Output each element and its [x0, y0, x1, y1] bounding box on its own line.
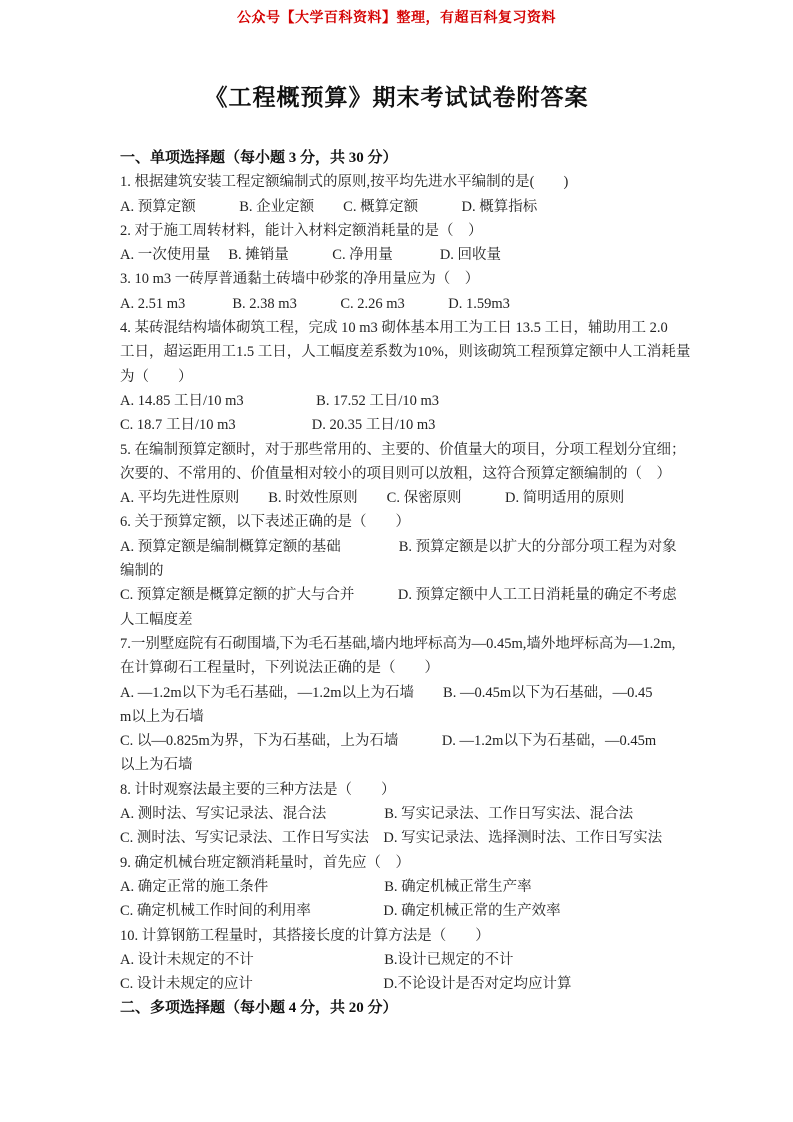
- q8-stem-line: 8. 计时观察法最主要的三种方法是（ ）: [120, 778, 720, 802]
- promo-header: 公众号【大学百科资料】整理，有超百科复习资料: [0, 7, 793, 27]
- q7-option-d-continuation: 以上为石墙: [120, 753, 720, 777]
- q6-options-line-cd: C. 预算定额是概算定额的扩大与合并 D. 预算定额中人工工日消耗量的确定不考虑: [120, 583, 720, 607]
- q4-stem-line-3: 为（ ）: [120, 365, 720, 389]
- q5-stem-line-2: 次要的、不常用的、价值量相对较小的项目则可以放粗，这符合预算定额编制的（ ）: [120, 462, 720, 486]
- exam-document-page: 公众号【大学百科资料】整理，有超百科复习资料 《工程概预算》期末考试试卷附答案 …: [0, 0, 793, 1122]
- q9-options-line-ab: A. 确定正常的施工条件 B. 确定机械正常生产率: [120, 875, 720, 899]
- q2-options-line: A. 一次使用量 B. 摊销量 C. 净用量 D. 回收量: [120, 243, 720, 267]
- section-one-heading: 一、单项选择题（每小题 3 分，共 30 分）: [120, 146, 720, 170]
- exam-body: 一、单项选择题（每小题 3 分，共 30 分） 1. 根据建筑安装工程定额编制式…: [120, 146, 720, 1021]
- q7-options-line-ab: A. —1.2m以下为毛石基础，—1.2m以上为石墙 B. —0.45m以下为石…: [120, 681, 720, 705]
- q1-stem-line: 1. 根据建筑安装工程定额编制式的原则,按平均先进水平编制的是( ): [120, 170, 720, 194]
- q6-option-d-continuation: 人工幅度差: [120, 608, 720, 632]
- q3-options-line: A. 2.51 m3 B. 2.38 m3 C. 2.26 m3 D. 1.59…: [120, 292, 720, 316]
- q7-stem-line-2: 在计算砌石工程量时，下列说法正确的是（ ）: [120, 656, 720, 680]
- exam-title: 《工程概预算》期末考试试卷附答案: [0, 79, 793, 112]
- q7-option-b-continuation: m以上为石墙: [120, 705, 720, 729]
- q4-options-line-ab: A. 14.85 工日/10 m3 B. 17.52 工日/10 m3: [120, 389, 720, 413]
- q8-options-line-ab: A. 测时法、写实记录法、混合法 B. 写实记录法、工作日写实法、混合法: [120, 802, 720, 826]
- q5-options-line: A. 平均先进性原则 B. 时效性原则 C. 保密原则 D. 简明适用的原则: [120, 486, 720, 510]
- q2-stem-line: 2. 对于施工周转材料，能计入材料定额消耗量的是（ ）: [120, 219, 720, 243]
- q10-options-line-cd: C. 设计未规定的应计 D.不论设计是否对定均应计算: [120, 972, 720, 996]
- q9-options-line-cd: C. 确定机械工作时间的利用率 D. 确定机械正常的生产效率: [120, 899, 720, 923]
- q8-options-line-cd: C. 测时法、写实记录法、工作日写实法 D. 写实记录法、选择测时法、工作日写实…: [120, 826, 720, 850]
- q10-stem-line: 10. 计算钢筋工程量时，其搭接长度的计算方法是（ ）: [120, 924, 720, 948]
- q10-options-line-ab: A. 设计未规定的不计 B.设计已规定的不计: [120, 948, 720, 972]
- q7-options-line-cd: C. 以—0.825m为界，下为石基础，上为石墙 D. —1.2m以下为石基础，…: [120, 729, 720, 753]
- q6-stem-line: 6. 关于预算定额，以下表述正确的是（ ）: [120, 510, 720, 534]
- q4-stem-line-2: 工日，超运距用工1.5 工日，人工幅度差系数为10%，则该砌筑工程预算定额中人工…: [120, 340, 720, 364]
- section-two-heading: 二、多项选择题（每小题 4 分，共 20 分）: [120, 996, 720, 1020]
- q1-options-line: A. 预算定额 B. 企业定额 C. 概算定额 D. 概算指标: [120, 195, 720, 219]
- q5-stem-line-1: 5. 在编制预算定额时，对于那些常用的、主要的、价值量大的项目，分项工程划分宜细…: [120, 438, 720, 462]
- q4-options-line-cd: C. 18.7 工日/10 m3 D. 20.35 工日/10 m3: [120, 413, 720, 437]
- q6-option-b-continuation: 编制的: [120, 559, 720, 583]
- q6-options-line-ab: A. 预算定额是编制概算定额的基础 B. 预算定额是以扩大的分部分项工程为对象: [120, 535, 720, 559]
- q4-stem-line-1: 4. 某砖混结构墙体砌筑工程，完成 10 m3 砌体基本用工为工日 13.5 工…: [120, 316, 720, 340]
- q3-stem-line: 3. 10 m3 一砖厚普通黏土砖墙中砂浆的净用量应为（ ）: [120, 267, 720, 291]
- q9-stem-line: 9. 确定机械台班定额消耗量时，首先应（ ）: [120, 851, 720, 875]
- q7-stem-line-1: 7.一别墅庭院有石砌围墙,下为毛石基础,墙内地坪标高为—0.45m,墙外地坪标高…: [120, 632, 720, 656]
